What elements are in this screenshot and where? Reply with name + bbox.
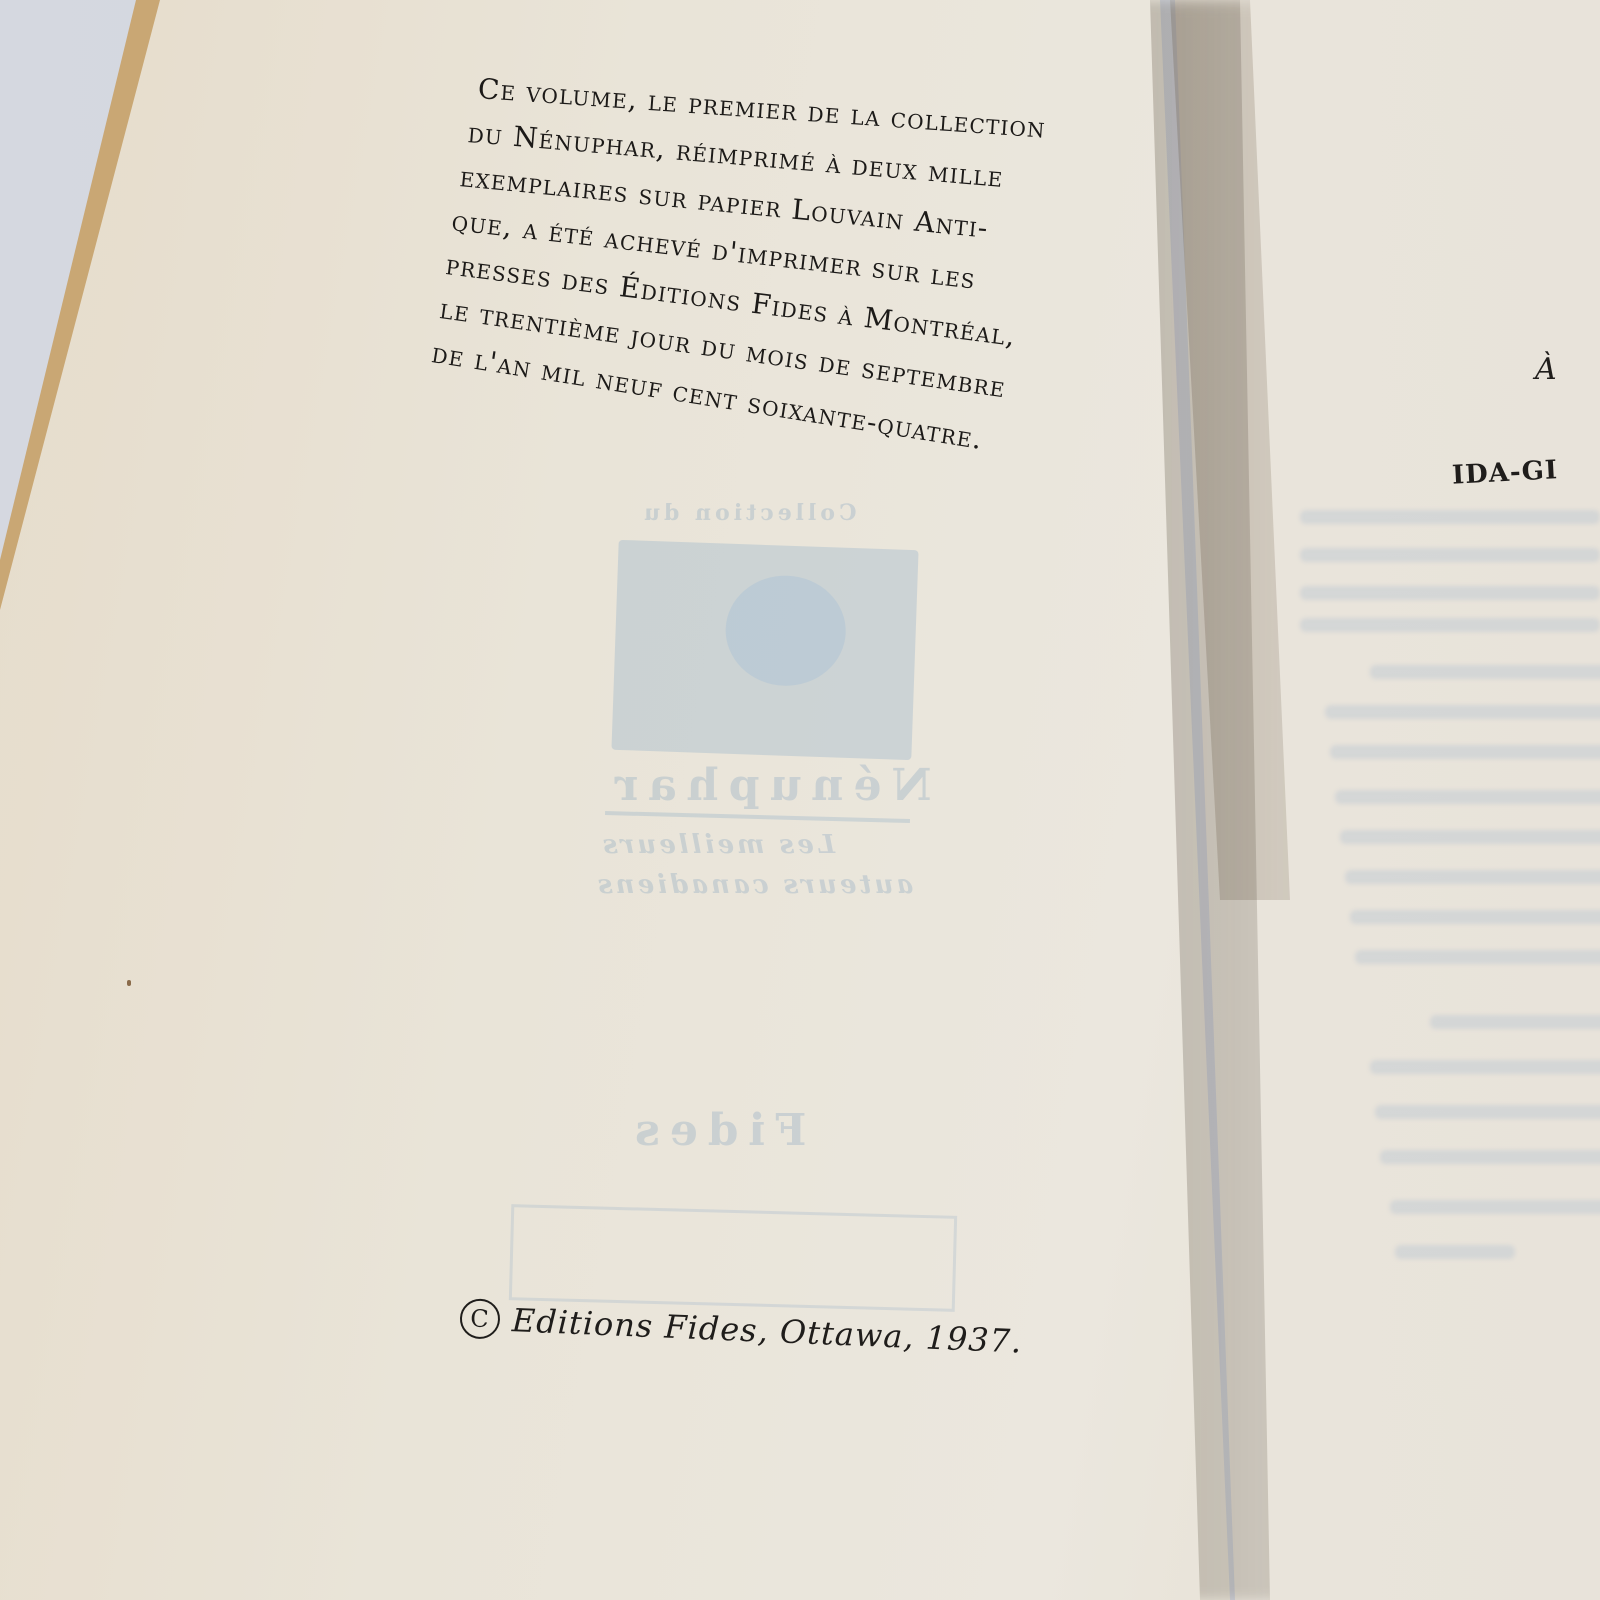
showthrough-text-line [1395,1245,1515,1259]
showthrough-text-line [1300,510,1600,524]
showthrough-publisher: Fides [625,1105,806,1156]
dedication-prefix: À [1535,352,1557,387]
book-photo: Collection du Nénuphar Les meilleurs aut… [0,0,1600,1600]
copyright-icon: C [459,1298,501,1340]
showthrough-text-line [1350,910,1600,924]
showthrough-text-line [1390,1200,1600,1214]
showthrough-text-line [1300,618,1600,632]
showthrough-text-line [1300,548,1600,562]
paper-speck [127,980,131,986]
showthrough-text-line [1430,1015,1600,1029]
dedication-name: IDA-GI [1451,455,1558,491]
showthrough-text-line [1355,950,1600,964]
showthrough-text-line [1375,1105,1600,1119]
showthrough-text-line [1300,586,1600,600]
colophon: Ce volume, le premier de la collection d… [430,68,1150,362]
showthrough-text-line [1335,790,1600,804]
showthrough-emblem-caption: Nénuphar [605,760,932,811]
showthrough-text-line [1380,1150,1600,1164]
showthrough-text-line [1370,665,1600,679]
showthrough-text-line [1325,705,1600,719]
showthrough-box [509,1204,957,1312]
showthrough-text-line [1340,830,1600,844]
showthrough-text-line [1330,745,1600,759]
showthrough-emblem [611,540,918,760]
showthrough-subtitle-1: Les meilleurs [600,830,835,860]
showthrough-text-line [1345,870,1600,884]
showthrough-text-line [1370,1060,1600,1074]
showthrough-subtitle-2: auteurs canadiens [595,870,913,900]
showthrough-collection-label: Collection du [640,500,857,526]
